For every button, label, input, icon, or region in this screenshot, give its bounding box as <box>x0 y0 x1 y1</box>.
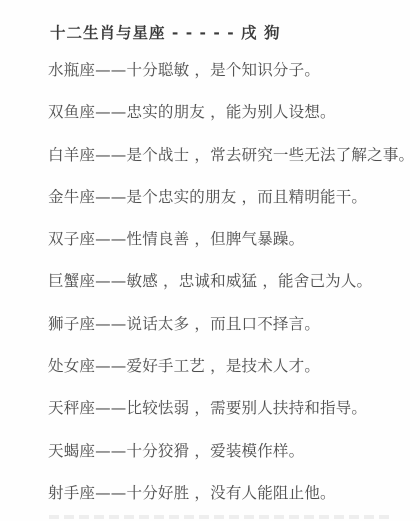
zodiac-line-leo: 狮子座——说话太多 ，而且口不择言。 <box>48 316 410 333</box>
clipped-next-line <box>49 515 394 519</box>
zodiac-line-scorpio: 天蝎座——十分狡猾 ，爱装模作样。 <box>48 443 410 460</box>
zodiac-line-taurus: 金牛座——是个忠实的朋友 ，而且精明能干。 <box>48 189 410 206</box>
zodiac-line-virgo: 处女座——爱好手工艺 ，是技术人才。 <box>48 358 410 375</box>
zodiac-document: 十二生肖与星座 - - - - - 戌 狗 水瓶座——十分聪敏 ，是个知识分子。… <box>0 0 420 521</box>
zodiac-line-gemini: 双子座——性情良善 ，但脾气暴躁。 <box>48 231 410 248</box>
zodiac-line-cancer: 巨蟹座——敏感 ，忠诚和威猛 ，能舍己为人。 <box>48 273 410 290</box>
zodiac-list: 水瓶座——十分聪敏 ，是个知识分子。 双鱼座——忠实的朋友 ，能为别人设想。 白… <box>48 62 410 521</box>
zodiac-line-aquarius: 水瓶座——十分聪敏 ，是个知识分子。 <box>48 62 410 79</box>
zodiac-line-aries: 白羊座——是个战士 ，常去研究一些无法了解之事。 <box>48 147 410 164</box>
zodiac-line-libra: 天秤座——比较怯弱 ，需要别人扶持和指导。 <box>48 400 410 417</box>
zodiac-line-sagittarius: 射手座——十分好胜 ，没有人能阻止他。 <box>48 485 410 502</box>
page-title: 十二生肖与星座 - - - - - 戌 狗 <box>50 24 280 42</box>
zodiac-line-pisces: 双鱼座——忠实的朋友 ，能为别人设想。 <box>48 104 410 121</box>
